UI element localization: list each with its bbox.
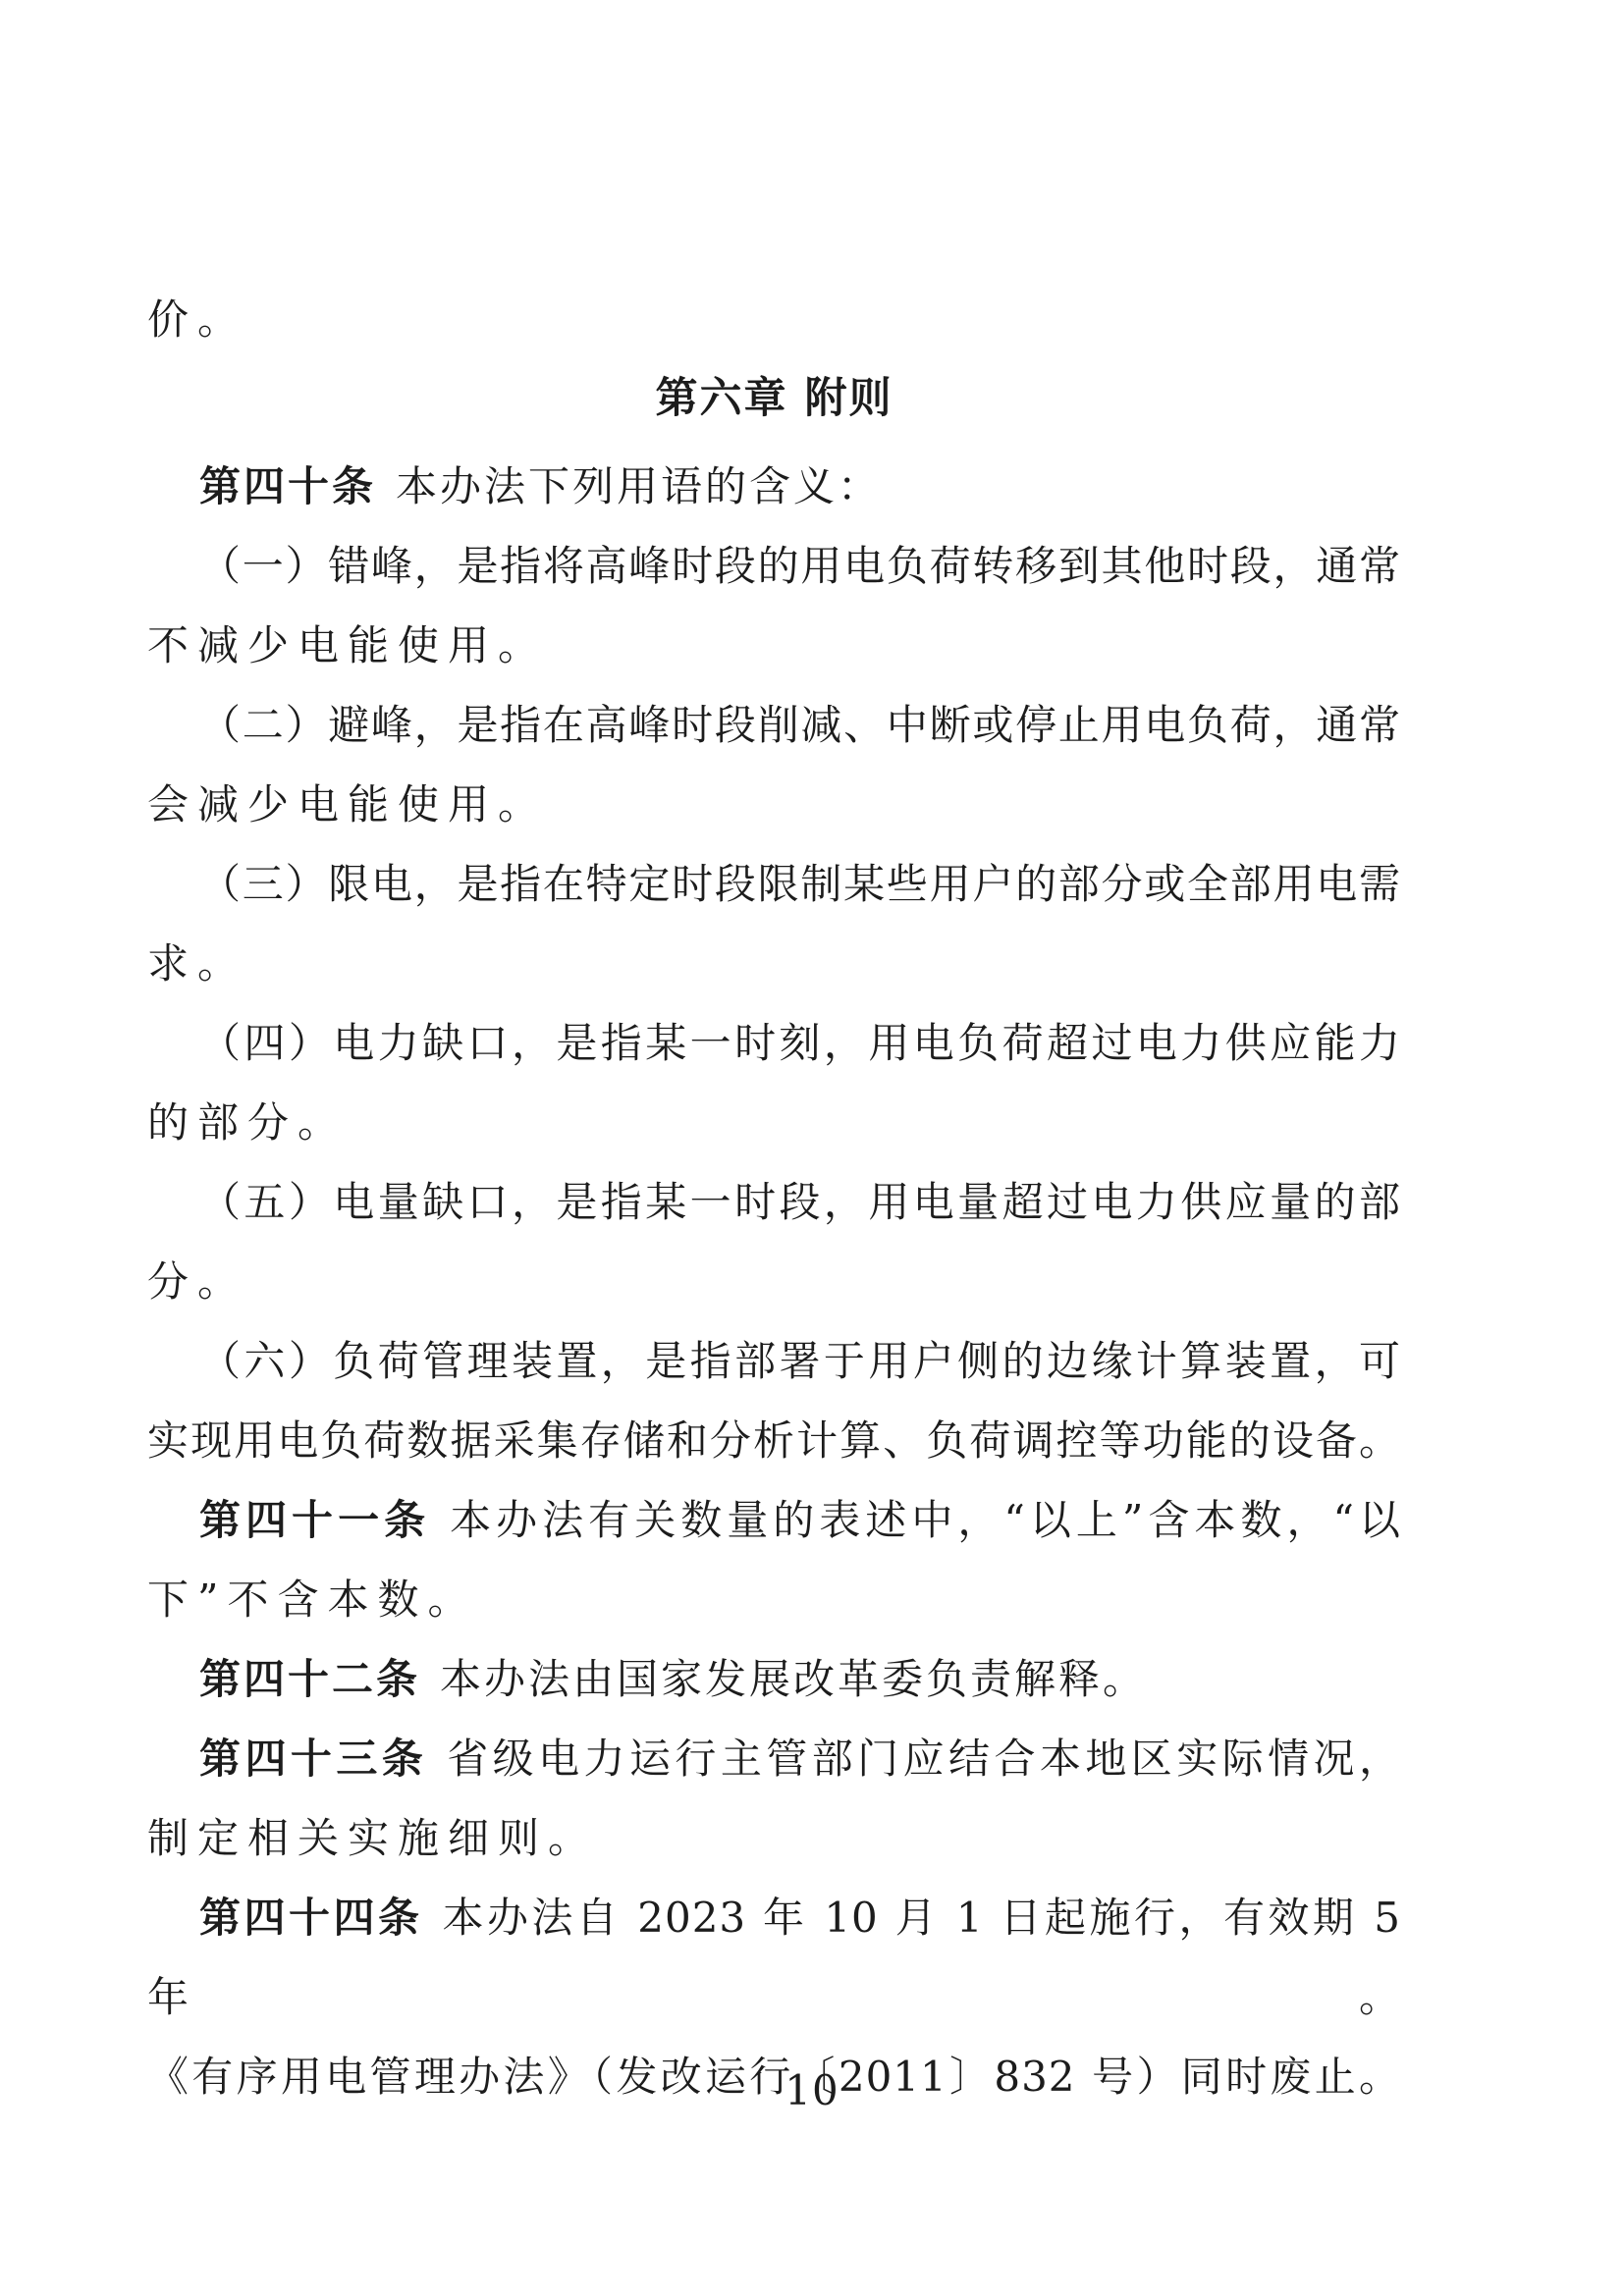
- article-41-number: 第四十一条: [199, 1496, 430, 1544]
- article-41-line-1: 第四十一条本办法有关数量的表述中，“以上”含本数，“以: [147, 1480, 1401, 1560]
- definition-5-line-1: （五）电量缺口，是指某一时段，用电量超过电力供应量的部: [147, 1162, 1401, 1242]
- article-41-text: 本办法有关数量的表述中，“以上”含本数，“以: [450, 1496, 1401, 1544]
- article-43-text: 省级电力运行主管部门应结合本地区实际情况，: [447, 1735, 1401, 1783]
- chapter-heading: 第六章 附则: [147, 359, 1401, 439]
- definition-1-line-2: 不减少电能使用。: [147, 606, 1401, 685]
- document-body: 价。 第六章 附则 第四十条本办法下列用语的含义： （一）错峰，是指将高峰时段的…: [147, 280, 1401, 2116]
- definition-2-line-2: 会减少电能使用。: [147, 765, 1401, 844]
- paragraph-continuation: 价。: [147, 280, 1401, 359]
- article-40-number: 第四十条: [199, 462, 376, 510]
- definition-3-line-2: 求。: [147, 924, 1401, 1003]
- article-44-number: 第四十四条: [199, 1894, 422, 1942]
- definition-3-line-1: （三）限电，是指在特定时段限制某些用户的部分或全部用电需: [147, 844, 1401, 924]
- definition-4-line-2: 的部分。: [147, 1083, 1401, 1162]
- page-number: 10: [0, 2066, 1624, 2115]
- definition-2-line-1: （二）避峰，是指在高峰时段削减、中断或停止用电负荷，通常: [147, 685, 1401, 765]
- article-40-text: 本办法下列用语的含义：: [396, 462, 882, 510]
- definition-1-line-1: （一）错峰，是指将高峰时段的用电负荷转移到其他时段，通常: [147, 526, 1401, 606]
- article-44-line-1: 第四十四条本办法自 2023 年 10 月 1 日起施行，有效期 5 年。: [147, 1878, 1401, 2037]
- article-42-text: 本办法由国家发展改革委负责解释。: [440, 1655, 1147, 1703]
- definition-6-line-1: （六）负荷管理装置，是指部署于用户侧的边缘计算装置，可: [147, 1321, 1401, 1401]
- document-page: 价。 第六章 附则 第四十条本办法下列用语的含义： （一）错峰，是指将高峰时段的…: [0, 0, 1624, 2296]
- definition-5-line-2: 分。: [147, 1242, 1401, 1321]
- definition-6-line-2: 实现用电负荷数据采集存储和分析计算、负荷调控等功能的设备。: [147, 1401, 1401, 1480]
- article-41-line-2: 下”不含本数。: [147, 1560, 1401, 1639]
- article-43-line-2: 制定相关实施细则。: [147, 1798, 1401, 1878]
- article-42-line: 第四十二条本办法由国家发展改革委负责解释。: [147, 1639, 1401, 1719]
- article-43-line-1: 第四十三条省级电力运行主管部门应结合本地区实际情况，: [147, 1719, 1401, 1798]
- article-43-number: 第四十三条: [199, 1735, 427, 1783]
- article-42-number: 第四十二条: [199, 1655, 420, 1703]
- definition-4-line-1: （四）电力缺口，是指某一时刻，用电负荷超过电力供应能力: [147, 1003, 1401, 1083]
- article-40-line: 第四十条本办法下列用语的含义：: [147, 447, 1401, 526]
